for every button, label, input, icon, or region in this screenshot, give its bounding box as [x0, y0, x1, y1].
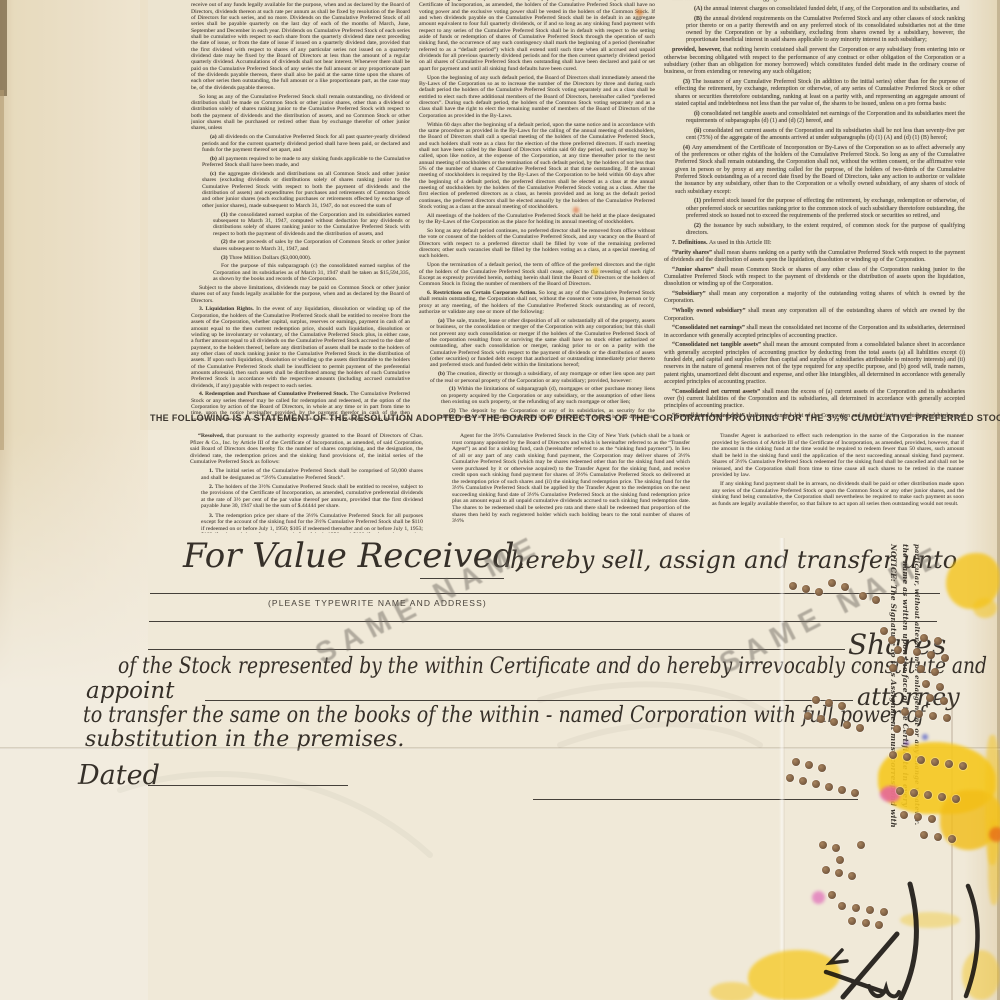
- stock-certificate-back: 2. Dividends. The holders of Cumulative …: [0, 0, 1000, 1000]
- handwritten-mark: [0, 0, 1000, 1000]
